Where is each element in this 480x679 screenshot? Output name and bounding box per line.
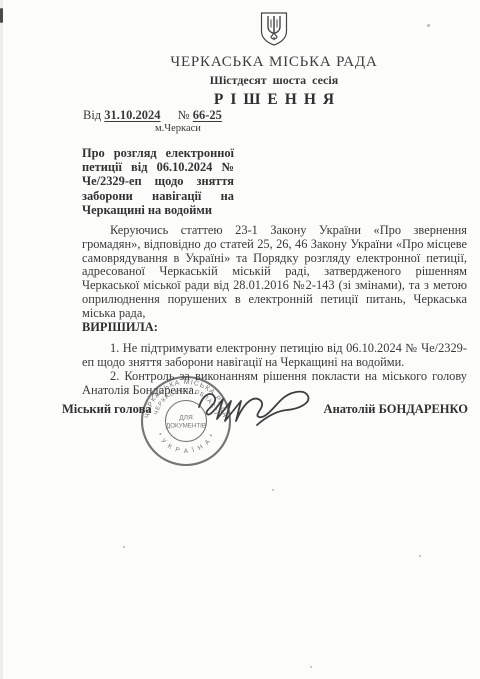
document-body: Про розгляд електронної петиції від 06.1…: [82, 146, 467, 398]
number-sign: №: [178, 108, 190, 122]
decision-item-1: 1. Не підтримувати електронну петицію ві…: [82, 342, 467, 370]
session-line: Шістдесят шоста сесія: [68, 73, 480, 88]
date-label: Від: [83, 108, 101, 122]
resolved-label: ВИРІШИЛА:: [82, 321, 467, 335]
stamp-bottom-text: * У К Р А Ї Н А *: [155, 432, 217, 455]
number-value: 66-25: [193, 108, 222, 122]
city-line: м.Черкаси: [155, 123, 222, 134]
scan-speck: [272, 489, 274, 491]
signer-name: Анатолій БОНДАРЕНКО: [324, 402, 468, 417]
scan-speck: [419, 555, 421, 557]
signature-row: Міський голова Анатолій БОНДАРЕНКО: [62, 402, 468, 417]
preamble-paragraph: Керуючись статтею 23-1 Закону України «П…: [82, 224, 467, 321]
organization-name: ЧЕРКАСЬКА МІСЬКА РАДА: [68, 54, 480, 71]
document-header: ЧЕРКАСЬКА МІСЬКА РАДА Шістдесят шоста се…: [68, 12, 480, 109]
scan-corner-mark: [0, 8, 3, 23]
scanned-decision-document: ЧЕРКАСЬКА МІСЬКА РАДА Шістдесят шоста се…: [0, 0, 480, 679]
subject-paragraph: Про розгляд електронної петиції від 06.1…: [82, 146, 234, 217]
scan-speck: [310, 666, 312, 668]
document-meta: Від 31.10.2024 № 66-25 м.Черкаси: [83, 108, 222, 134]
scan-speck: [123, 546, 125, 548]
date-value: 31.10.2024: [104, 108, 160, 122]
ukraine-trident-icon: [260, 12, 288, 51]
signer-position: Міський голова: [62, 402, 152, 417]
document-type-title: РІШЕННЯ: [68, 91, 480, 109]
scan-edge-artifact: [0, 0, 3, 679]
